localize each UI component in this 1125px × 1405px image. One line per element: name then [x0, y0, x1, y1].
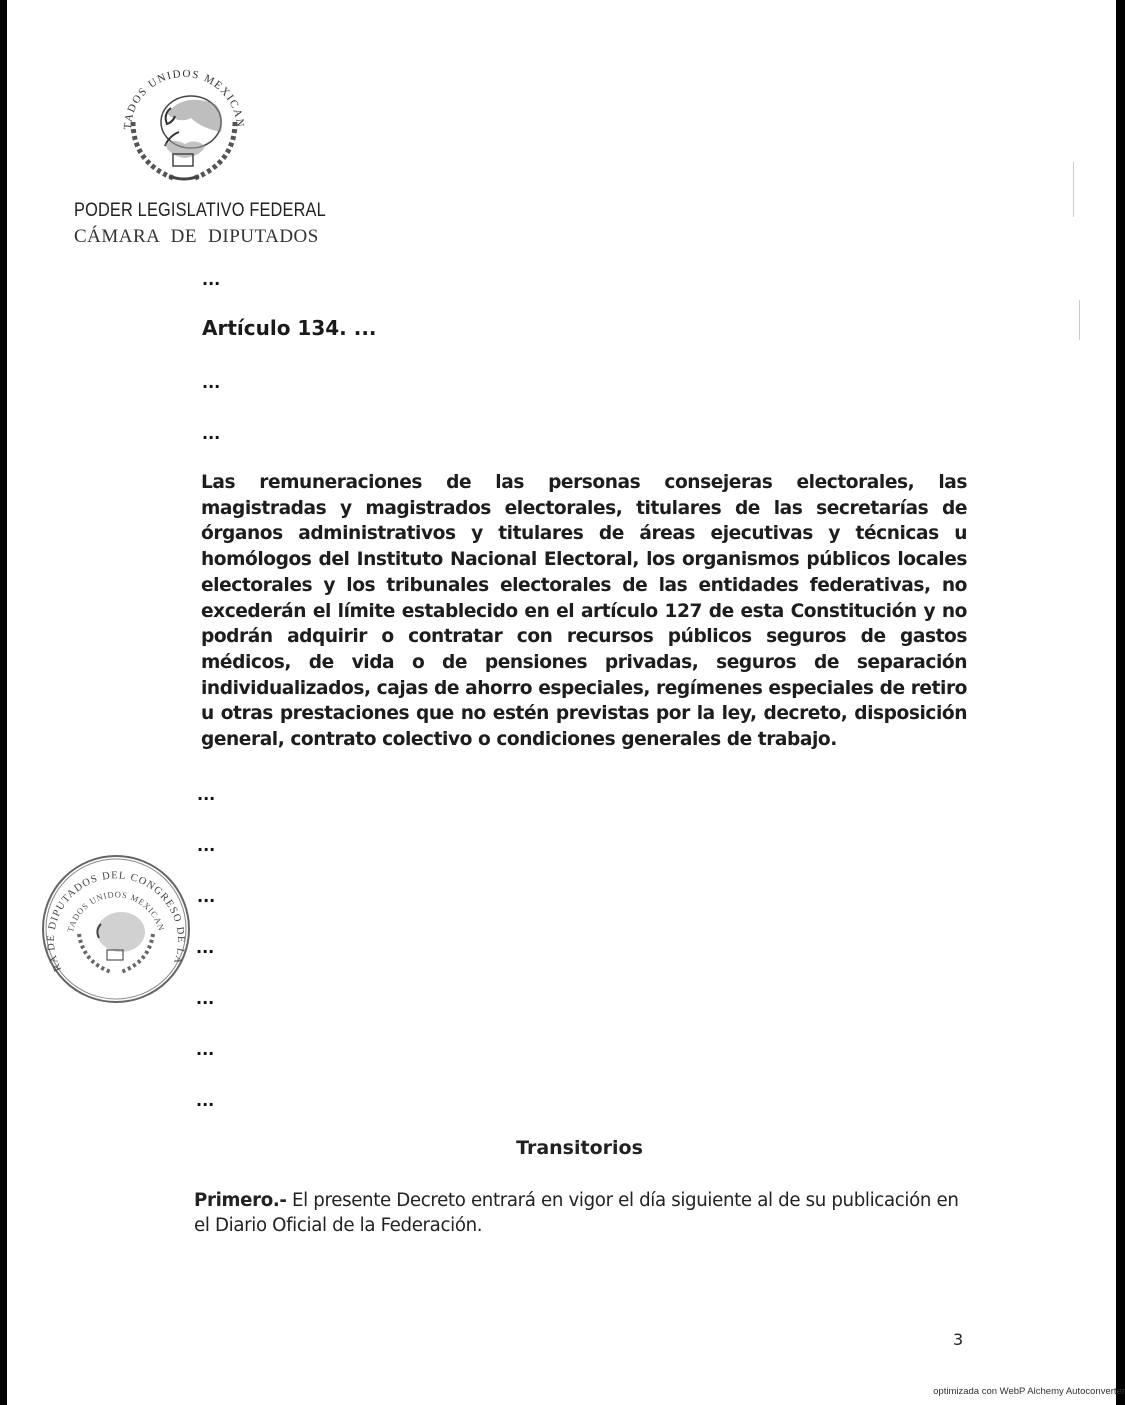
primero-label: Primero.- [194, 1190, 287, 1211]
ellipsis: ... [202, 272, 220, 288]
ellipsis: ... [202, 426, 220, 442]
article-paragraph: Las remuneraciones de las personas conse… [201, 470, 967, 753]
chamber-seal-icon: CÁMARA DE DIPUTADOS DEL CONGRESO DE LA U… [41, 854, 191, 1004]
ellipsis: ... [196, 1093, 214, 1109]
ellipsis: ... [202, 375, 220, 391]
ellipsis: ... [196, 940, 214, 956]
ellipsis: ... [196, 1042, 214, 1058]
primero-text: El presente Decreto entrará en vigor el … [194, 1190, 959, 1236]
chamber-name: CÁMARA DE DIPUTADOS [74, 226, 319, 248]
document-page: ESTADOS UNIDOS MEXICANOS PODER LEGISLATI… [7, 0, 1116, 1405]
primero-article: Primero.- El presente Decreto entrará en… [194, 1188, 968, 1238]
ellipsis: ... [197, 889, 215, 905]
coat-of-arms-icon: ESTADOS UNIDOS MEXICANOS [109, 52, 259, 202]
converter-watermark: optimizada con WebP Alchemy Autoconverte… [933, 1386, 1125, 1397]
article-title: Artículo 134. ... [202, 316, 377, 340]
legislature-name: PODER LEGISLATIVO FEDERAL [74, 200, 326, 222]
ellipsis: ... [197, 838, 215, 854]
ellipsis: ... [196, 991, 214, 1007]
ellipsis: ... [197, 787, 215, 803]
scan-artifact [1073, 162, 1074, 217]
transitorios-heading: Transitorios [7, 1137, 1125, 1159]
page-number: 3 [953, 1330, 963, 1349]
scan-artifact [1079, 300, 1080, 340]
